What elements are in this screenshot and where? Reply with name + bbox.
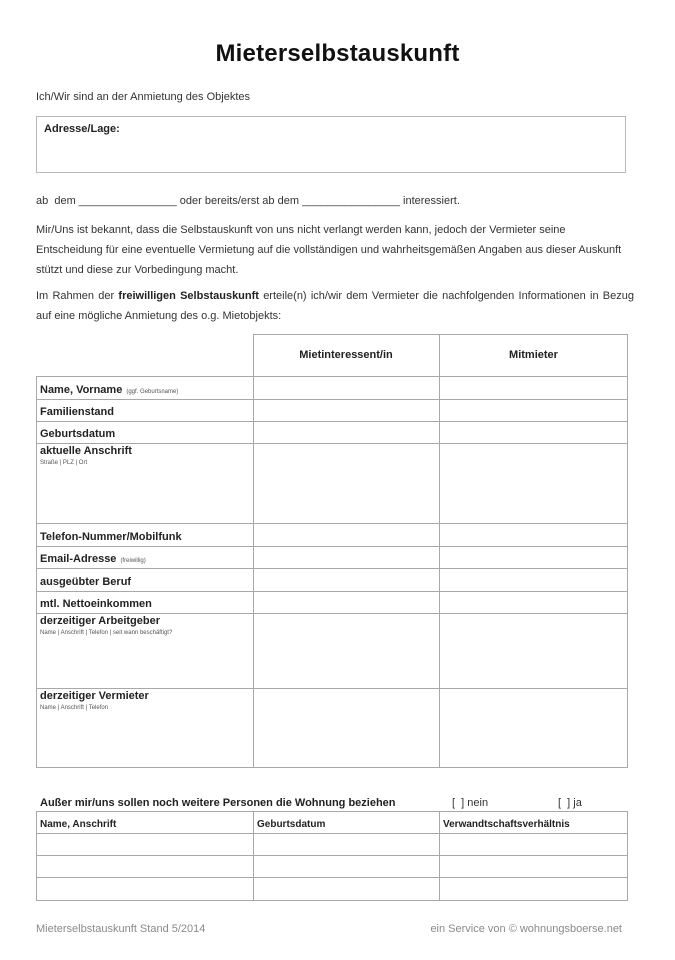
table-border [253,334,628,335]
person-input-cell[interactable] [254,878,438,899]
row-hint: Name | Anschrift | Telefon | seit wann b… [40,630,172,636]
person-input-cell[interactable] [37,856,252,876]
consent-text-bold: freiwilligen Selbstauskunft [118,290,259,302]
column-header: Mietinteressent/in [253,349,439,361]
document-title: Mieterselbstauskunft [0,40,675,68]
applicant-input-cell[interactable] [254,400,438,420]
consent-text-before: Im Rahmen der [36,290,118,302]
applicant-input-cell[interactable] [254,377,438,398]
person-input-cell[interactable] [254,834,438,854]
applicant-input-cell[interactable] [254,422,438,442]
applicant-input-cell[interactable] [254,592,438,612]
person-input-cell[interactable] [37,834,252,854]
person-input-cell[interactable] [254,856,438,876]
cotenant-input-cell[interactable] [440,614,627,687]
table-border [36,767,628,768]
row-note: (ggf. Geburtsname) [126,389,178,395]
column-header: Geburtsdatum [257,819,325,830]
disclaimer-paragraph: Mir/Uns ist bekannt, dass die Selbstausk… [36,220,634,280]
address-field[interactable]: Adresse/Lage: [36,116,626,173]
table-border [627,811,628,900]
row-label: Geburtsdatum [40,428,115,440]
cotenant-input-cell[interactable] [440,524,627,545]
row-label: derzeitiger Arbeitgeber [40,615,160,627]
date-blank-from[interactable]: ________________ [79,195,177,207]
row-note: (freiwillig) [120,558,145,564]
date-suffix: interessiert. [403,195,460,207]
applicant-input-cell[interactable] [254,689,438,766]
option-yes-checkbox[interactable]: [ ] ja [558,797,582,809]
additional-persons-question: Außer mir/uns sollen noch weitere Person… [40,797,396,809]
cotenant-input-cell[interactable] [440,547,627,567]
row-label: Familienstand [40,406,114,418]
table-border [627,334,628,767]
column-header: Verwandtschaftsverhältnis [443,819,570,830]
footer-service: ein Service von © wohnungsboerse.net [430,923,622,935]
column-header: Name, Anschrift [40,819,116,830]
row-label: Email-Adresse(freiwillig) [40,553,146,565]
row-label: derzeitiger Vermieter [40,690,149,702]
footer-version: Mieterselbstauskunft Stand 5/2014 [36,923,205,935]
cotenant-input-cell[interactable] [440,444,627,522]
address-label: Adresse/Lage: [44,123,120,135]
person-input-cell[interactable] [440,878,627,899]
intro-text: Ich/Wir sind an der Anmietung des Objekt… [36,91,250,103]
cotenant-input-cell[interactable] [440,377,627,398]
cotenant-input-cell[interactable] [440,422,627,442]
person-input-cell[interactable] [440,834,627,854]
row-label: mtl. Nettoeinkommen [40,598,152,610]
row-label: aktuelle Anschrift [40,445,132,457]
applicant-input-cell[interactable] [254,444,438,522]
table-border [36,900,628,901]
date-blank-alt[interactable]: ________________ [302,195,400,207]
cotenant-input-cell[interactable] [440,689,627,766]
column-header: Mitmieter [439,349,628,361]
option-no-checkbox[interactable]: [ ] nein [452,797,488,809]
row-hint: Name | Anschrift | Telefon [40,705,108,711]
row-label: Name, Vorname(ggf. Geburtsname) [40,384,178,396]
table-border [36,811,628,812]
row-label: Telefon-Nummer/Mobilfunk [40,531,182,543]
person-input-cell[interactable] [37,878,252,899]
consent-paragraph: Im Rahmen der freiwilligen Selbstauskunf… [36,286,634,326]
cotenant-input-cell[interactable] [440,569,627,590]
applicant-input-cell[interactable] [254,547,438,567]
cotenant-input-cell[interactable] [440,592,627,612]
applicant-input-cell[interactable] [254,524,438,545]
date-prefix: ab dem [36,195,76,207]
person-input-cell[interactable] [440,856,627,876]
row-label: ausgeübter Beruf [40,576,131,588]
applicant-input-cell[interactable] [254,569,438,590]
table-border [36,376,37,767]
applicant-input-cell[interactable] [254,614,438,687]
date-middle: oder bereits/erst ab dem [180,195,299,207]
date-line: ab dem ________________ oder bereits/ers… [36,195,460,207]
cotenant-input-cell[interactable] [440,400,627,420]
row-hint: Straße | PLZ | Ort [40,460,87,466]
